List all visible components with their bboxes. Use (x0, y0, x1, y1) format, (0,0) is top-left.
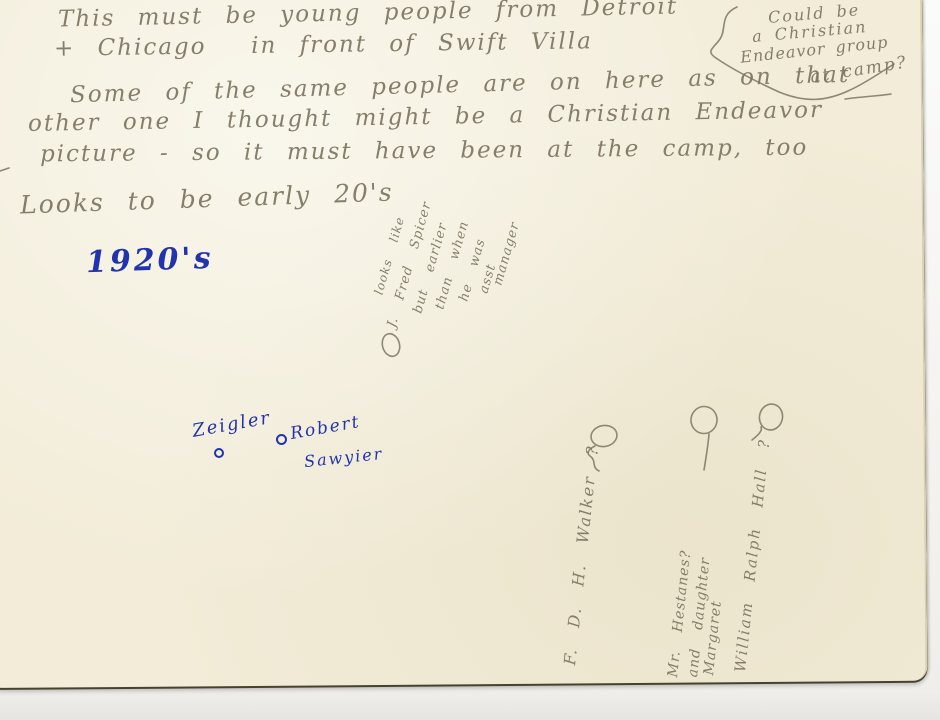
zeigler-head-mark (214, 448, 224, 458)
decade-note: 1920's (86, 244, 215, 278)
center-head-circle (380, 332, 402, 359)
left-edge-mark (0, 168, 9, 171)
photo-back-scan: This must be young people from Detroit +… (0, 0, 940, 720)
hestanes-stem (704, 434, 709, 470)
bubble-underline (845, 94, 891, 99)
hestanes-head-circle (689, 405, 719, 435)
robert-head-mark (276, 434, 287, 445)
